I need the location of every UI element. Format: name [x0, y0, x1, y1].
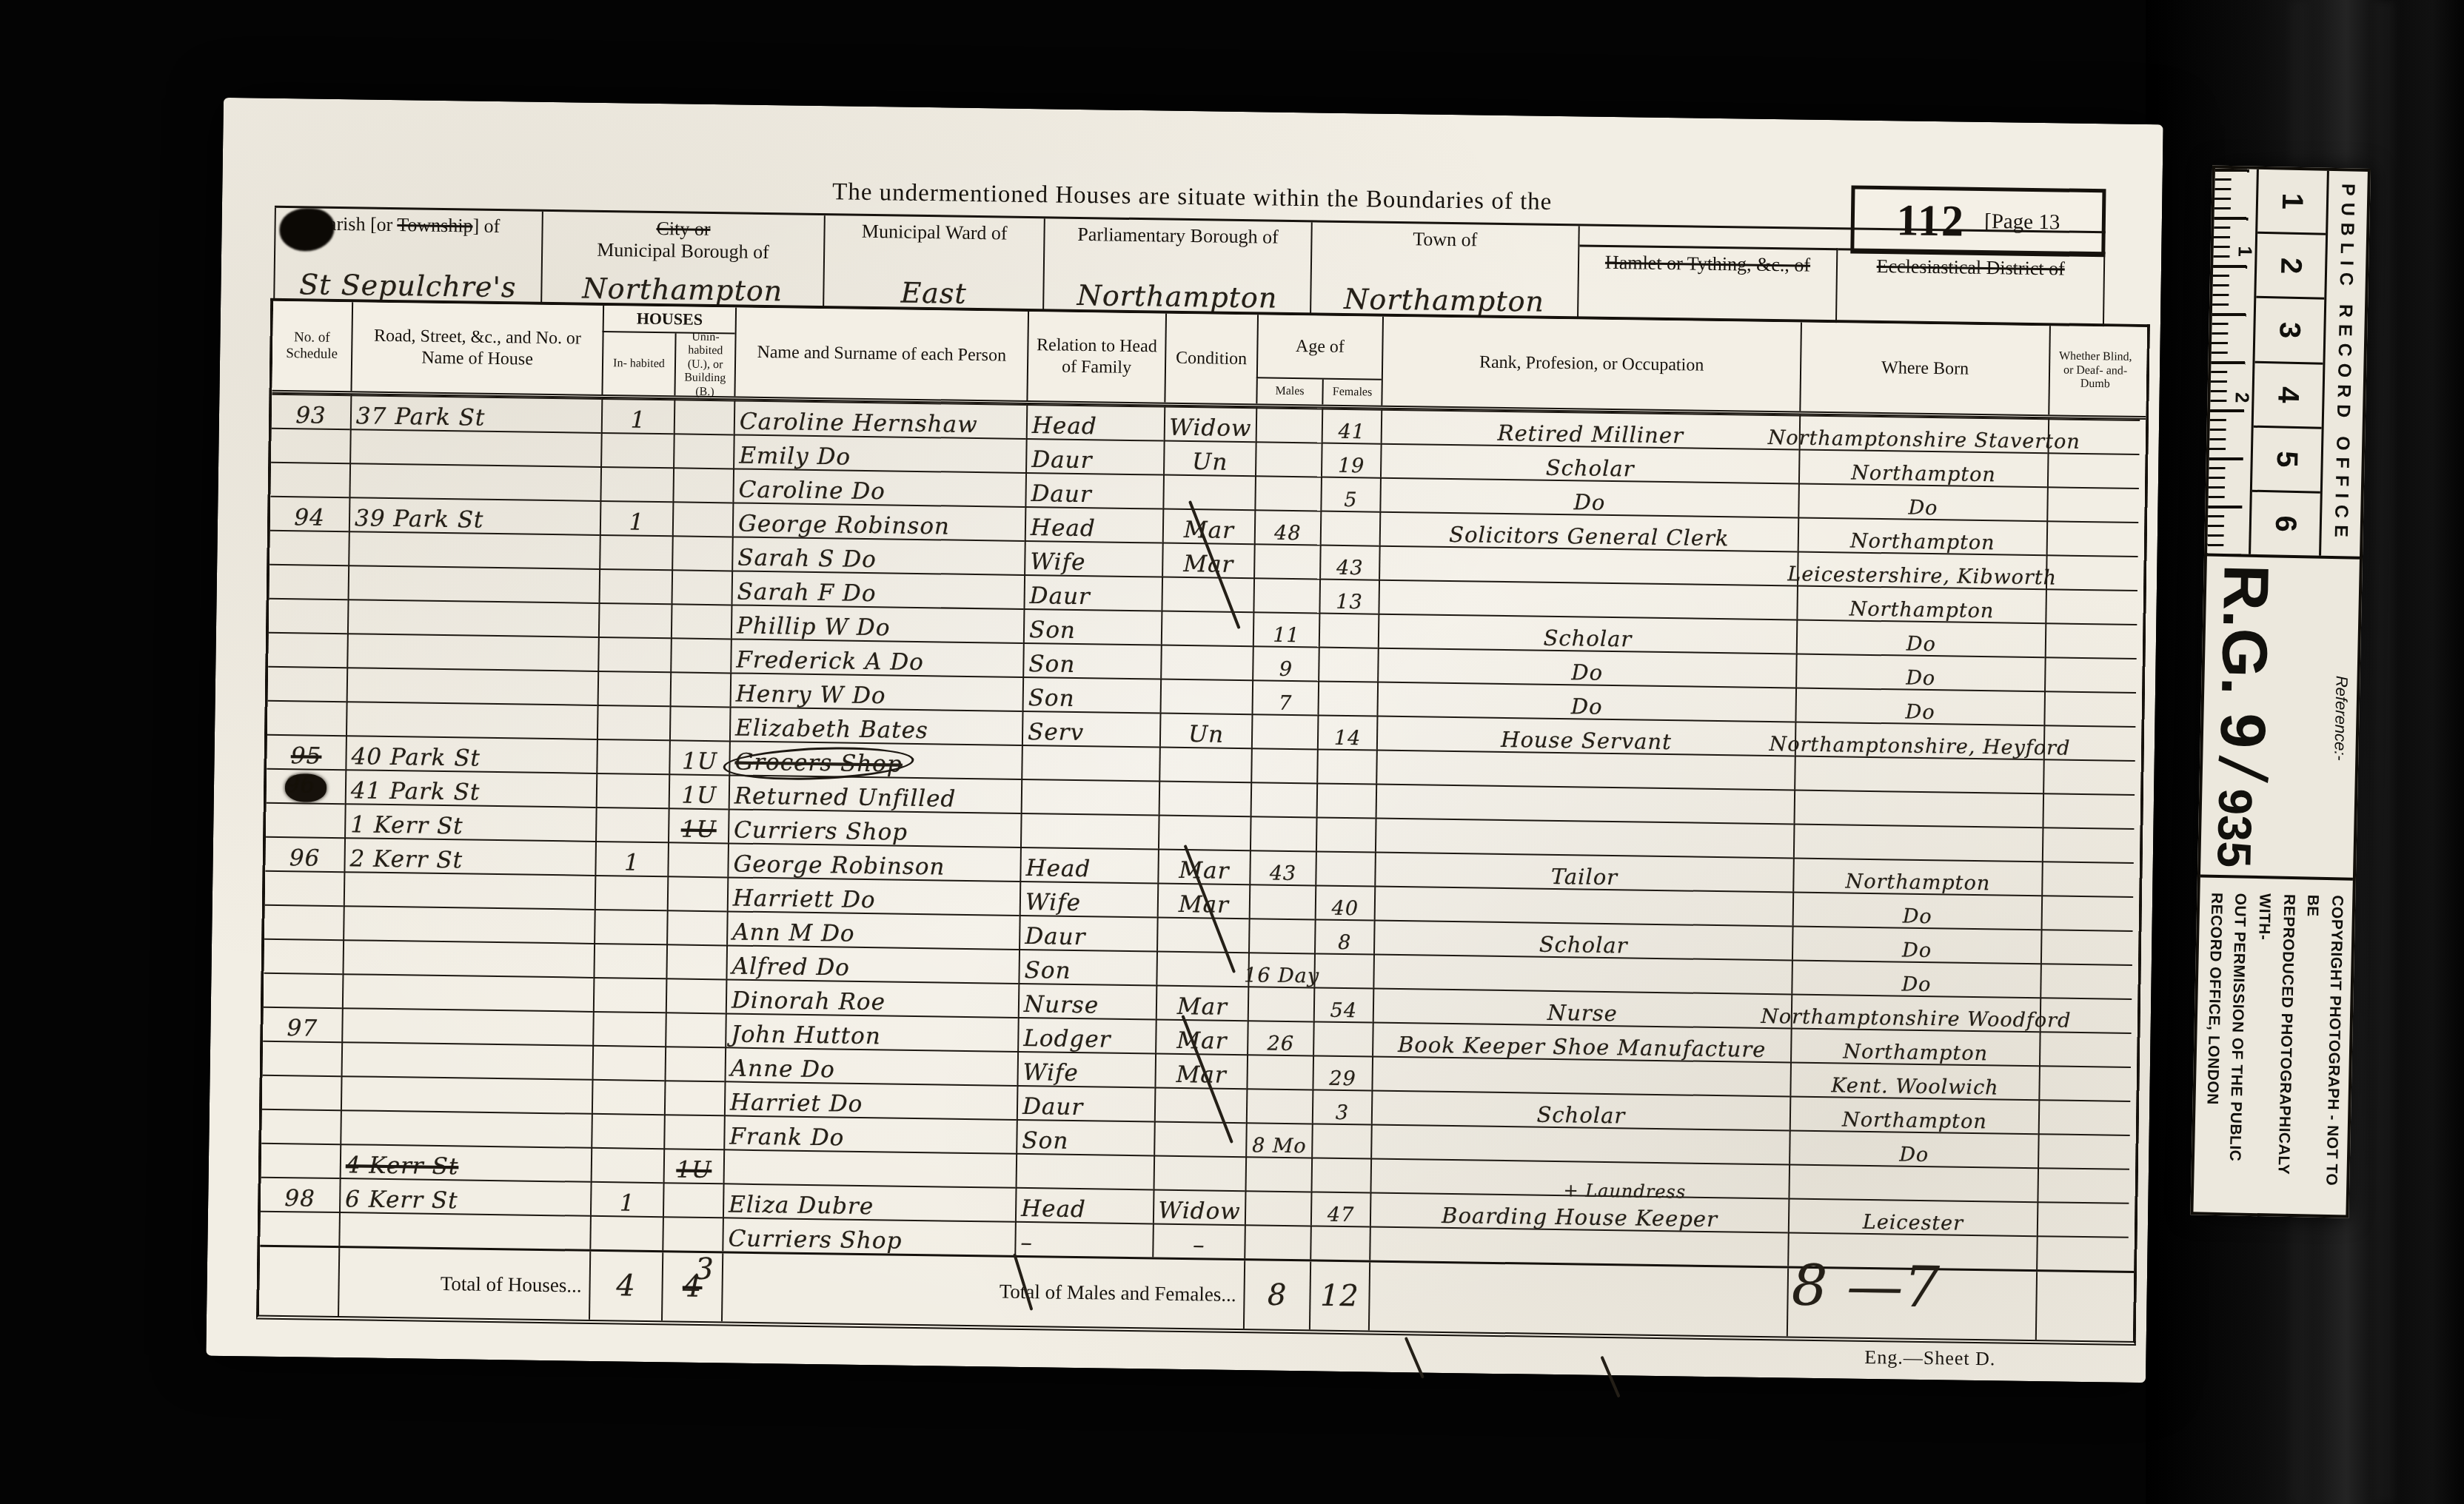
cell-blind	[2046, 486, 2139, 522]
cell-name: Henry W Do	[730, 672, 1023, 711]
cell-rank: Scholar	[1371, 1090, 1790, 1130]
cell-schedule	[270, 462, 349, 497]
ruler-number-row: 1 2 3 4 5 6	[2249, 169, 2329, 556]
cell-road	[344, 871, 595, 909]
cell-schedule	[260, 1211, 339, 1246]
cell-road: 1 Kerr St	[344, 803, 596, 841]
cell-born: Do	[1792, 925, 2041, 963]
cell-schedule	[269, 564, 349, 599]
reference-caption: Reference:-	[2330, 676, 2351, 761]
cell-relation: Daur	[1023, 574, 1162, 611]
totals-spacer	[1368, 1263, 1787, 1337]
cell-rank: Solicitors General Clerk	[1379, 511, 1798, 551]
cell-name: Eliza Dubre	[723, 1183, 1016, 1221]
cell-schedule	[268, 632, 347, 667]
cell-born: Do	[1798, 483, 2047, 521]
cell-age_female: 14	[1317, 715, 1377, 750]
cell-name: Ann M Do	[726, 910, 1020, 949]
cell-age_female: 19	[1321, 443, 1381, 477]
col-header-name: Name and Surname of each Person	[734, 307, 1028, 400]
cell-age_male: 26	[1247, 1020, 1313, 1055]
cell-age_female: 5	[1320, 477, 1380, 511]
cell-born: Northampton	[1790, 1027, 2040, 1065]
cell-relation: Daur	[1017, 1085, 1155, 1121]
municipal-ward-label: Municipal Ward of	[826, 215, 1045, 245]
cell-uninhabited	[673, 433, 734, 468]
cell-uninhabited	[672, 535, 732, 570]
reference-series: R.G. 9	[2211, 564, 2278, 749]
cell-rank	[1376, 750, 1795, 790]
cell-condition	[1158, 815, 1251, 850]
cell-age_female: 54	[1313, 987, 1373, 1021]
cell-blind	[2047, 452, 2140, 488]
cell-age_male	[1251, 714, 1318, 748]
cell-relation	[1021, 745, 1159, 781]
parliamentary-borough-label: Parliamentary Borough of	[1045, 218, 1311, 249]
cell-born: Do	[1795, 688, 2044, 725]
total-females: 12	[1309, 1261, 1369, 1330]
cell-blind	[2040, 997, 2132, 1033]
cell-age_male	[1246, 1088, 1313, 1123]
cell-inhabited	[597, 671, 671, 705]
col-header-age: Age of	[1256, 315, 1382, 380]
cell-born	[1788, 1164, 2038, 1201]
cell-condition: Un	[1159, 713, 1252, 748]
cell-born: Northampton	[1798, 517, 2047, 555]
cell-inhabited	[598, 602, 672, 637]
cell-age_female	[1310, 1225, 1370, 1260]
municipal-ward-box: Municipal Ward of East	[824, 215, 1045, 311]
cell-uninhabited: 1U	[668, 808, 729, 842]
cell-blind	[2037, 1201, 2129, 1237]
cell-relation: Head	[1025, 506, 1163, 543]
cell-condition: Mar	[1157, 849, 1250, 884]
pro-reference-label: PUBLIC RECORD OFFICE 1 2 3 4 5 6 1 2 Ref…	[2190, 166, 2371, 1218]
cell-age_female: 40	[1315, 884, 1375, 919]
cell-rank: Retired Milliner	[1381, 409, 1800, 449]
cell-blind	[2043, 759, 2135, 794]
cell-age_male	[1256, 407, 1322, 442]
cell-born	[1794, 756, 2043, 793]
cell-born	[1793, 823, 2043, 861]
cell-blind	[2040, 929, 2133, 964]
cell-born: Do	[1791, 959, 2040, 997]
cell-relation: Son	[1018, 949, 1156, 985]
cell-road	[341, 1075, 592, 1113]
col-header-condition: Condition	[1164, 314, 1257, 404]
cell-road	[343, 905, 595, 943]
total-males: 8	[1243, 1260, 1310, 1329]
cell-inhabited	[593, 943, 666, 978]
cell-blind	[2038, 1133, 2130, 1169]
col-header-uninhabited: Unin- habited (U.), or Building (B.)	[674, 333, 734, 396]
cell-condition: –	[1152, 1223, 1245, 1258]
cell-relation: Head	[1015, 1187, 1154, 1223]
cell-blind	[2046, 520, 2139, 556]
tally-mark	[1600, 1356, 1620, 1398]
cell-uninhabited	[669, 705, 730, 740]
cell-schedule: 96	[267, 768, 346, 803]
cell-road: 40 Park St	[345, 735, 597, 773]
cell-age_male	[1255, 441, 1322, 476]
cell-relation: Serv	[1022, 711, 1160, 747]
cell-blind	[2045, 622, 2137, 658]
cell-name: Alfred Do	[726, 944, 1019, 983]
cell-inhabited	[600, 466, 673, 501]
cell-age_female	[1316, 748, 1376, 783]
cell-age_female: 41	[1322, 409, 1382, 443]
cell-age_male	[1245, 1156, 1312, 1191]
cell-name: Frank Do	[723, 1115, 1017, 1153]
cell-schedule	[269, 530, 349, 565]
cell-schedule	[262, 1075, 341, 1109]
col-header-houses: HOUSES	[603, 306, 735, 334]
cell-age_female	[1316, 816, 1376, 851]
cell-age_male: 48	[1254, 509, 1321, 544]
cell-age_female: 8	[1314, 919, 1374, 953]
totals-spacer	[2035, 1272, 2128, 1341]
cell-blind	[2039, 1031, 2132, 1067]
cell-age_male	[1248, 986, 1314, 1021]
cell-born: Leicester	[1788, 1198, 2038, 1235]
total-houses-uninhabited: 43	[661, 1252, 722, 1321]
cell-age_male	[1248, 918, 1315, 953]
cell-road	[338, 1212, 590, 1249]
cell-condition	[1161, 577, 1253, 612]
cell-schedule	[261, 1109, 341, 1144]
cell-age_female: 43	[1319, 545, 1379, 580]
cell-relation: Wife	[1017, 1051, 1155, 1087]
cell-inhabited	[593, 977, 666, 1012]
cell-relation	[1016, 1153, 1154, 1189]
cell-condition: Mar	[1156, 984, 1248, 1020]
cell-blind	[2042, 793, 2135, 828]
cell-schedule	[263, 1041, 342, 1075]
cell-inhabited	[597, 705, 670, 739]
cell-uninhabited	[666, 944, 726, 978]
cell-age_female	[1311, 1157, 1371, 1192]
cell-name: Anne Do	[725, 1047, 1018, 1085]
cell-relation: Nurse	[1018, 983, 1156, 1019]
cell-road	[342, 939, 594, 977]
cell-schedule: 95	[267, 734, 346, 769]
cell-schedule	[265, 870, 344, 905]
cell-relation: Daur	[1025, 472, 1163, 508]
cell-age_male	[1250, 816, 1316, 850]
cell-inhabited: 1	[601, 398, 674, 433]
col-header-blind: Whether Blind, or Deaf- and-Dumb	[2048, 326, 2141, 416]
cell-schedule	[261, 1143, 341, 1178]
cell-uninhabited: 1U	[669, 773, 729, 808]
cell-rank: Tailor	[1374, 852, 1793, 892]
cell-rank	[1378, 580, 1797, 620]
cell-inhabited	[596, 773, 669, 808]
cell-relation: Son	[1022, 642, 1161, 679]
cell-road	[346, 667, 598, 705]
cell-rank	[1379, 545, 1798, 585]
cell-name: Harriett Do	[727, 876, 1020, 915]
cell-name: Curriers Shop	[722, 1217, 1015, 1255]
cell-age_male	[1246, 1054, 1313, 1089]
ruler-number: 1	[2257, 169, 2327, 235]
cell-age_female	[1313, 1021, 1373, 1055]
cell-inhabited	[595, 875, 668, 910]
cell-inhabited: 1	[595, 841, 668, 876]
cell-uninhabited	[666, 978, 726, 1013]
cell-condition: Widow	[1153, 1189, 1245, 1224]
cell-age_male	[1251, 748, 1317, 782]
cell-inhabited	[599, 534, 672, 569]
hamlet-label: Hamlet or Tything, &c., of	[1578, 246, 1836, 277]
film-scratch	[2374, 0, 2394, 1504]
cell-relation: Head	[1020, 847, 1158, 883]
sheet-label: Eng.—Sheet D.	[1864, 1346, 1995, 1370]
cell-road	[349, 429, 601, 466]
cell-blind	[2041, 895, 2134, 930]
cell-uninhabited	[671, 603, 731, 638]
cell-road: 6 Kerr St	[339, 1178, 591, 1215]
cell-born: Northampton	[1792, 857, 2042, 895]
cell-condition	[1159, 781, 1251, 816]
cell-inhabited	[589, 1215, 663, 1250]
ruler-number: 2	[2256, 234, 2326, 300]
cell-schedule: 93	[272, 394, 351, 429]
parliamentary-borough-box: Parliamentary Borough of Northampton	[1044, 218, 1312, 315]
cell-blind	[2043, 725, 2136, 760]
cell-age_female	[1318, 647, 1378, 682]
cell-age_male	[1253, 543, 1320, 578]
ruler-number: 3	[2254, 298, 2324, 364]
cell-rank	[1374, 886, 1793, 926]
microfilm-frame: The undermentioned Houses are situate wi…	[0, 0, 2464, 1504]
cell-age_female	[1320, 511, 1380, 545]
cell-age_male	[1254, 475, 1321, 510]
col-header-born: Where Born	[1799, 323, 2049, 415]
cell-blind	[2038, 1065, 2131, 1101]
cell-rank: Do	[1377, 648, 1796, 688]
cell-uninhabited	[663, 1182, 723, 1217]
cell-condition	[1159, 747, 1251, 782]
cell-name: Curriers Shop	[728, 808, 1021, 847]
cell-uninhabited	[665, 1046, 726, 1081]
cell-inhabited	[591, 1113, 664, 1148]
cell-relation	[1021, 779, 1159, 815]
cell-schedule	[264, 973, 343, 1007]
cell-inhabited	[592, 1011, 666, 1046]
cell-rank: Do	[1376, 682, 1795, 722]
cell-road: 4 Kerr St	[340, 1144, 592, 1181]
cell-rank: Nurse	[1373, 988, 1792, 1028]
cell-uninhabited	[664, 1080, 725, 1115]
cell-road: 41 Park St	[345, 769, 597, 807]
cell-name: George Robinson	[727, 842, 1020, 881]
cell-uninhabited	[670, 671, 731, 706]
cell-inhabited	[599, 568, 672, 603]
ecclesiastical-district-label: Ecclesiastical District of	[1838, 250, 2103, 281]
cell-name: George Robinson	[732, 502, 1025, 540]
cell-age_female	[1313, 953, 1373, 987]
cell-relation: Lodger	[1017, 1017, 1156, 1053]
cell-blind	[2037, 1167, 2129, 1203]
rank-superscript: + Laundress	[1563, 1181, 1686, 1201]
cell-uninhabited	[674, 399, 734, 434]
col-header-inhabited: In- habited	[601, 332, 674, 395]
cell-road	[348, 531, 600, 568]
cell-condition	[1160, 645, 1253, 680]
cell-uninhabited	[667, 842, 728, 876]
cell-name: Grocers Shop	[729, 740, 1022, 779]
folio-annotation: 8 —7	[1791, 1252, 1941, 1320]
inch-number: 2	[2230, 392, 2253, 403]
cell-age_male: 11	[1253, 611, 1319, 646]
cell-road	[346, 633, 598, 671]
cell-schedule: 96	[265, 836, 344, 871]
cell-age_male	[1249, 884, 1316, 919]
cell-inhabited	[600, 432, 674, 467]
cell-born: Do	[1789, 1129, 2038, 1167]
cell-born: Northampton	[1798, 449, 2048, 487]
cell-rank	[1373, 954, 1792, 994]
cell-condition: Mar	[1155, 1018, 1248, 1054]
cell-inhabited	[597, 637, 671, 671]
cell-uninhabited	[663, 1114, 724, 1149]
cell-born: Northampton	[1790, 1095, 2039, 1133]
cell-name: Harriet Do	[724, 1081, 1017, 1119]
ruler-ticks: 1 2	[2207, 169, 2257, 554]
municipal-borough-label: City orMunicipal Borough of	[543, 212, 824, 264]
reference-section: Reference:- R.G. 9 / 935	[2200, 556, 2360, 880]
cell-inhabited	[595, 807, 669, 842]
cell-rank	[1376, 784, 1795, 824]
cell-inhabited	[596, 739, 669, 773]
cell-blind	[2040, 963, 2132, 998]
cell-age_male: 43	[1249, 850, 1316, 884]
cell-rank: House Servant	[1376, 716, 1795, 756]
cell-relation	[1020, 813, 1159, 849]
col-header-relation: Relation to Head of Family	[1026, 312, 1165, 403]
cell-schedule: 94	[270, 496, 349, 531]
cell-condition: Un	[1163, 440, 1256, 476]
cell-born: Do	[1795, 654, 2045, 691]
cell-road	[347, 599, 599, 637]
pro-office-name: PUBLIC RECORD OFFICE	[2321, 171, 2368, 557]
reference-piece: 935	[2208, 788, 2262, 868]
cell-uninhabited	[672, 569, 732, 604]
cell-schedule	[269, 598, 348, 633]
cell-rank: Book Keeper Shoe Manufacture	[1372, 1022, 1791, 1062]
cell-age_female: 13	[1319, 579, 1379, 614]
cell-road	[341, 1041, 593, 1079]
total-houses-inhabited: 4	[589, 1252, 662, 1320]
cell-name: Elizabeth Bates	[729, 706, 1022, 745]
cell-name: Sarah F Do	[731, 570, 1025, 608]
cell-age_male: 7	[1252, 679, 1319, 714]
cell-schedule: 97	[263, 1007, 342, 1041]
cell-rank	[1369, 1226, 1788, 1266]
ruler-number: 6	[2251, 492, 2320, 556]
cell-relation: Daur	[1019, 915, 1157, 951]
cell-born	[1794, 789, 2043, 827]
cell-condition	[1160, 679, 1253, 714]
cell-rank	[1371, 1056, 1790, 1096]
cell-name: Caroline Hernshaw	[734, 400, 1027, 438]
cell-schedule	[266, 802, 345, 837]
cell-schedule	[271, 428, 350, 463]
cell-road: 2 Kerr St	[344, 837, 595, 875]
cell-road	[342, 973, 594, 1011]
cell-condition	[1156, 917, 1249, 953]
cell-age_female: 47	[1310, 1191, 1370, 1226]
cell-name: Emily Do	[733, 434, 1026, 472]
cell-born: Do	[1796, 620, 2046, 657]
cell-age_male	[1245, 1190, 1311, 1225]
total-houses-label: Total of Houses...	[338, 1248, 589, 1320]
cell-relation: Wife	[1024, 540, 1162, 577]
cell-name: John Hutton	[725, 1013, 1018, 1051]
cell-road: 37 Park St	[350, 395, 602, 432]
cell-name: Caroline Do	[732, 468, 1025, 506]
cell-condition	[1162, 474, 1255, 510]
cell-schedule	[264, 904, 344, 939]
cell-uninhabited: 1U	[669, 739, 729, 774]
cell-inhabited	[594, 909, 667, 944]
cell-uninhabited	[662, 1216, 723, 1251]
inch-number: 1	[2233, 246, 2256, 257]
cell-blind	[2045, 588, 2137, 624]
cell-age_female	[1316, 782, 1376, 817]
cell-age_male: 8 Mo	[1245, 1122, 1312, 1157]
totals-spacer	[259, 1247, 338, 1316]
cell-blind	[2042, 827, 2135, 862]
municipal-borough-box: City orMunicipal Borough of Northampton	[542, 212, 826, 308]
ruler-number: 5	[2252, 427, 2322, 493]
cell-blind	[2044, 657, 2137, 692]
cell-age_male	[1251, 782, 1317, 816]
ruler-section: PUBLIC RECORD OFFICE 1 2 3 4 5 6 1 2	[2207, 169, 2368, 560]
cell-age_male: 16 Day	[1248, 952, 1314, 987]
cell-rank	[1375, 818, 1794, 858]
cell-born: Leicestershire, Kibworth	[1797, 551, 2046, 589]
cell-blind	[2043, 691, 2136, 726]
col-header-rank: Rank, Profesion, or Occupation	[1381, 317, 1801, 412]
cell-name	[723, 1149, 1017, 1187]
cell-condition	[1154, 1087, 1247, 1122]
col-header-males: Males	[1256, 378, 1322, 404]
cell-inhabited	[592, 1045, 666, 1080]
cell-blind	[2038, 1099, 2131, 1135]
cell-schedule	[267, 700, 346, 735]
cell-age_female	[1319, 613, 1379, 648]
cell-schedule	[268, 666, 347, 701]
cell-age_female	[1311, 1123, 1371, 1158]
cell-road: 39 Park St	[349, 497, 600, 534]
cell-rank: Scholar	[1380, 443, 1799, 483]
cell-age_female: 29	[1312, 1055, 1372, 1090]
cell-relation: –	[1014, 1221, 1153, 1258]
corrected-value: 3	[694, 1255, 714, 1284]
col-header-road: Road, Street, &c., and No. or Name of Ho…	[350, 302, 603, 395]
cell-born: Do	[1792, 891, 2042, 929]
col-header-females: Females	[1322, 380, 1381, 406]
town-box: Town of Northampton	[1311, 222, 1579, 318]
cell-rank: Scholar	[1378, 614, 1797, 654]
cell-uninhabited	[672, 501, 733, 536]
cell-uninhabited	[670, 637, 731, 672]
cell-blind	[2046, 554, 2138, 590]
cell-rank	[1370, 1124, 1790, 1164]
cell-age_male	[1253, 577, 1319, 612]
cell-road	[349, 463, 600, 500]
